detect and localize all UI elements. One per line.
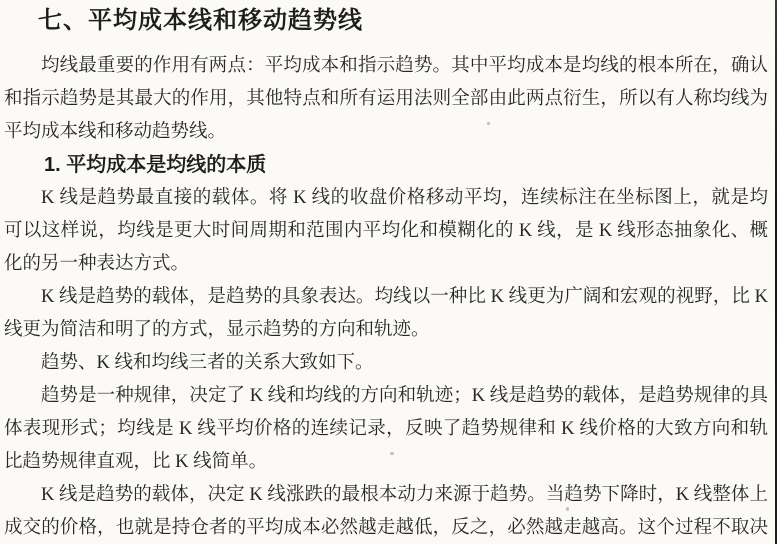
text-line: K 线是趋势最直接的载体。将 K 线的收盘价格移动平均，连续标注在坐标图上，就是… (4, 182, 768, 215)
text-line: 比趋势规律直观，比 K 线简单。 (4, 446, 768, 479)
paragraph-1: 均线最重要的作用有两点：平均成本和指示趋势。其中平均成本是均线的根本所在，确认 … (4, 50, 768, 149)
text-line: 成交的价格，也就是持仓者的平均成本必然越走越低，反之，必然越走越高。这个过程不取… (4, 512, 768, 544)
scanned-book-page: 七、平均成本线和移动趋势线 均线最重要的作用有两点：平均成本和指示趋势。其中平均… (0, 0, 777, 544)
paragraph-5: 趋势是一种规律，决定了 K 线和均线的方向和轨迹；K 线是趋势的载体，是趋势规律… (4, 380, 768, 479)
text-line: 和指示趋势是其最大的作用，其他特点和所有运用法则全部由此两点衍生，所以有人称均线… (4, 83, 768, 116)
paragraph-4: 趋势、K 线和均线三者的关系大致如下。 (4, 347, 768, 380)
text-line: 体表现形式；均线是 K 线平均价格的连续记录，反映了趋势规律和 K 线价格的大致… (4, 413, 768, 446)
text-line: 平均成本线和移动趋势线。 (4, 116, 768, 149)
text-line: 均线最重要的作用有两点：平均成本和指示趋势。其中平均成本是均线的根本所在，确认 (4, 50, 768, 83)
scan-speckle (566, 507, 569, 511)
text-line: 可以这样说，均线是更大时间周期和范围内平均化和模糊化的 K 线，是 K 线形态抽… (4, 215, 768, 248)
text-line: 化的另一种表达方式。 (4, 248, 768, 281)
paragraph-6: K 线是趋势的载体，决定 K 线涨跌的最根本动力来源于趋势。当趋势下降时，K 线… (4, 479, 768, 544)
scan-speckle (487, 122, 490, 125)
text-line: 线更为简洁和明了的方式，显示趋势的方向和轨迹。 (4, 314, 768, 347)
text-line: 趋势、K 线和均线三者的关系大致如下。 (4, 347, 768, 380)
paragraph-2: K 线是趋势最直接的载体。将 K 线的收盘价格移动平均，连续标注在坐标图上，就是… (4, 182, 768, 281)
body-text: 均线最重要的作用有两点：平均成本和指示趋势。其中平均成本是均线的根本所在，确认 … (4, 50, 768, 544)
paragraph-3: K 线是趋势的载体，是趋势的具象表达。均线以一种比 K 线更为广阔和宏观的视野，… (4, 281, 768, 347)
text-line: K 线是趋势的载体，是趋势的具象表达。均线以一种比 K 线更为广阔和宏观的视野，… (4, 281, 768, 314)
text-line: 趋势是一种规律，决定了 K 线和均线的方向和轨迹；K 线是趋势的载体，是趋势规律… (4, 380, 768, 413)
text-line: K 线是趋势的载体，决定 K 线涨跌的最根本动力来源于趋势。当趋势下降时，K 线… (4, 479, 768, 512)
chapter-title: 七、平均成本线和移动趋势线 (38, 6, 768, 36)
section-heading: 1. 平均成本是均线的本质 (4, 149, 768, 182)
scan-speckle (390, 452, 394, 455)
